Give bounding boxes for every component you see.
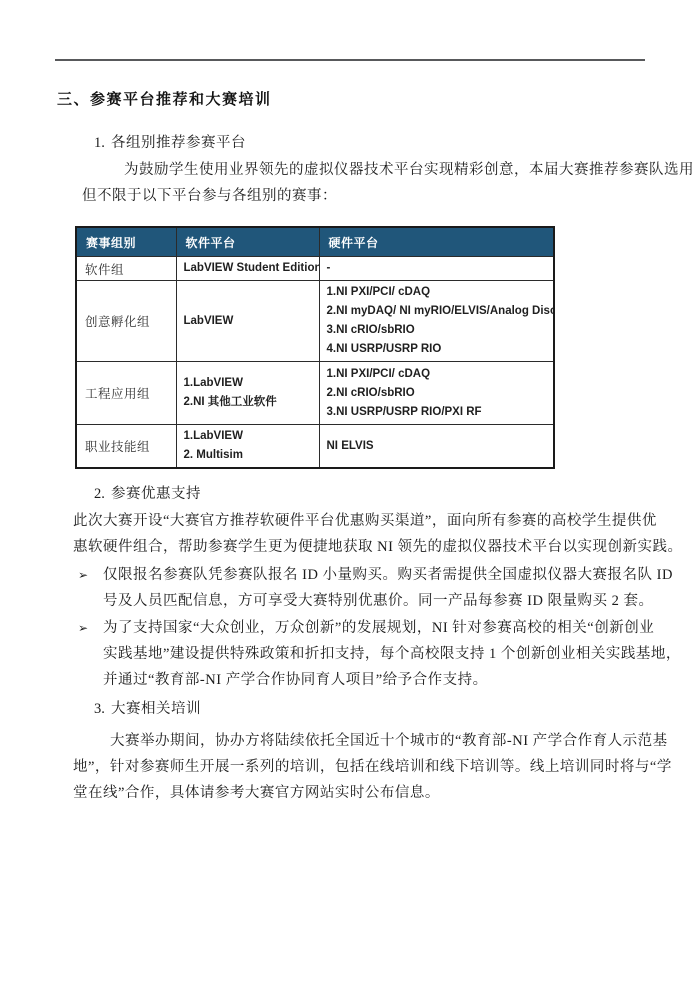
table-cell-hardware: NI ELVIS (319, 425, 554, 469)
section3-heading: 3. 大赛相关培训 (94, 698, 201, 720)
bullet-text: 为了支持国家“大众创业，万众创新”的发展规划，NI 针对参赛高校的相关“创新创业… (103, 615, 681, 693)
table-header-category: 赛事组别 (76, 227, 176, 257)
table-header-row: 赛事组别 软件平台 硬件平台 (76, 227, 554, 257)
paragraph-line: 大赛举办期间，协办方将陆续依托全国近十个城市的“教育部-NI 产学合作育人示范基 (73, 728, 672, 754)
paragraph-line: 堂在线”合作，具体请参考大赛官方网站实时公布信息。 (73, 780, 672, 806)
platform-table: 赛事组别 软件平台 硬件平台 软件组 LabVIEW Student Editi… (75, 226, 555, 469)
header-rule-divider (55, 59, 645, 61)
section1-paragraph: 为鼓励学生使用业界领先的虚拟仪器技术平台实现精彩创意，本届大赛推荐参赛队选用 但… (82, 157, 694, 209)
table-row: 职业技能组 1.LabVIEW 2. Multisim NI ELVIS (76, 425, 554, 469)
cell-line: 4.NI USRP/USRP RIO (327, 340, 554, 359)
document-page: 三、参赛平台推荐和大赛培训 1. 各组别推荐参赛平台 为鼓励学生使用业界领先的虚… (0, 0, 700, 990)
table-cell-software: 1.LabVIEW 2.NI 其他工业软件 (176, 362, 319, 425)
cell-line: 3.NI USRP/USRP RIO/PXI RF (327, 403, 554, 422)
paragraph-line: 为了支持国家“大众创业，万众创新”的发展规划，NI 针对参赛高校的相关“创新创业 (103, 615, 681, 641)
arrow-bullet-icon: ➢ (78, 562, 103, 614)
table-cell-software: LabVIEW Student Edition (176, 257, 319, 281)
arrow-bullet-icon: ➢ (78, 615, 103, 693)
table-cell-hardware: 1.NI PXI/PCI/ cDAQ 2.NI myDAQ/ NI myRIO/… (319, 281, 554, 362)
paragraph-line: 仅限报名参赛队凭参赛队报名 ID 小量购买。购买者需提供全国虚拟仪器大赛报名队 … (103, 562, 673, 588)
paragraph-line: 实践基地”建设提供特殊政策和折扣支持，每个高校限支持 1 个创新创业相关实践基地… (103, 641, 681, 667)
table-cell-category: 软件组 (76, 257, 176, 281)
section2-number: 2. (94, 483, 111, 505)
bullet-text: 仅限报名参赛队凭参赛队报名 ID 小量购买。购买者需提供全国虚拟仪器大赛报名队 … (103, 562, 673, 614)
cell-line: 2.NI myDAQ/ NI myRIO/ELVIS/Analog Discov… (327, 302, 554, 321)
table-header-hardware: 硬件平台 (319, 227, 554, 257)
table-row: 工程应用组 1.LabVIEW 2.NI 其他工业软件 1.NI PXI/PCI… (76, 362, 554, 425)
cell-line: LabVIEW Student Edition (184, 259, 319, 278)
table-row: 创意孵化组 LabVIEW 1.NI PXI/PCI/ cDAQ 2.NI my… (76, 281, 554, 362)
bullet-item: ➢ 仅限报名参赛队凭参赛队报名 ID 小量购买。购买者需提供全国虚拟仪器大赛报名… (78, 562, 673, 614)
table-cell-category: 工程应用组 (76, 362, 176, 425)
section1-title: 各组别推荐参赛平台 (111, 132, 246, 154)
cell-line: 2.NI cRIO/sbRIO (327, 384, 554, 403)
table-row: 软件组 LabVIEW Student Edition - (76, 257, 554, 281)
cell-line: NI ELVIS (327, 437, 554, 456)
cell-line: 1.LabVIEW (184, 374, 319, 393)
cell-line: 2.NI 其他工业软件 (184, 393, 319, 412)
table-header-software: 软件平台 (176, 227, 319, 257)
paragraph-line: 并通过“教育部-NI 产学合作协同育人项目”给予合作支持。 (103, 667, 681, 693)
cell-line: 3.NI cRIO/sbRIO (327, 321, 554, 340)
section2-title: 参赛优惠支持 (111, 483, 201, 505)
paragraph-line: 但不限于以下平台参与各组别的赛事： (82, 183, 694, 209)
table-cell-hardware: - (319, 257, 554, 281)
cell-line: 1.NI PXI/PCI/ cDAQ (327, 365, 554, 384)
cell-line: LabVIEW (184, 312, 319, 331)
paragraph-line: 此次大赛开设“大赛官方推荐软硬件平台优惠购买渠道”，面向所有参赛的高校学生提供优 (73, 508, 683, 534)
section3-paragraph: 大赛举办期间，协办方将陆续依托全国近十个城市的“教育部-NI 产学合作育人示范基… (73, 728, 672, 806)
page-title: 三、参赛平台推荐和大赛培训 (57, 88, 272, 109)
section1-number: 1. (94, 132, 111, 154)
paragraph-line: 为鼓励学生使用业界领先的虚拟仪器技术平台实现精彩创意，本届大赛推荐参赛队选用 (82, 157, 694, 183)
section2-heading: 2. 参赛优惠支持 (94, 483, 201, 505)
cell-line: 1.NI PXI/PCI/ cDAQ (327, 283, 554, 302)
bullet-item: ➢ 为了支持国家“大众创业，万众创新”的发展规划，NI 针对参赛高校的相关“创新… (78, 615, 681, 693)
table-cell-software: LabVIEW (176, 281, 319, 362)
table-cell-software: 1.LabVIEW 2. Multisim (176, 425, 319, 469)
cell-line: - (327, 259, 554, 278)
paragraph-line: 惠软硬件组合，帮助参赛学生更为便捷地获取 NI 领先的虚拟仪器技术平台以实现创新… (73, 534, 683, 560)
table-cell-category: 创意孵化组 (76, 281, 176, 362)
table-cell-category: 职业技能组 (76, 425, 176, 469)
paragraph-line: 地”，针对参赛师生开展一系列的培训，包括在线培训和线下培训等。线上培训同时将与“… (73, 754, 672, 780)
section3-number: 3. (94, 698, 111, 720)
section1-heading: 1. 各组别推荐参赛平台 (94, 132, 246, 154)
section2-paragraph: 此次大赛开设“大赛官方推荐软硬件平台优惠购买渠道”，面向所有参赛的高校学生提供优… (73, 508, 683, 560)
paragraph-line: 号及人员匹配信息，方可享受大赛特别优惠价。同一产品每参赛 ID 限量购买 2 套… (103, 588, 673, 614)
table-cell-hardware: 1.NI PXI/PCI/ cDAQ 2.NI cRIO/sbRIO 3.NI … (319, 362, 554, 425)
cell-line: 2. Multisim (184, 446, 319, 465)
cell-line: 1.LabVIEW (184, 427, 319, 446)
section3-title: 大赛相关培训 (111, 698, 201, 720)
